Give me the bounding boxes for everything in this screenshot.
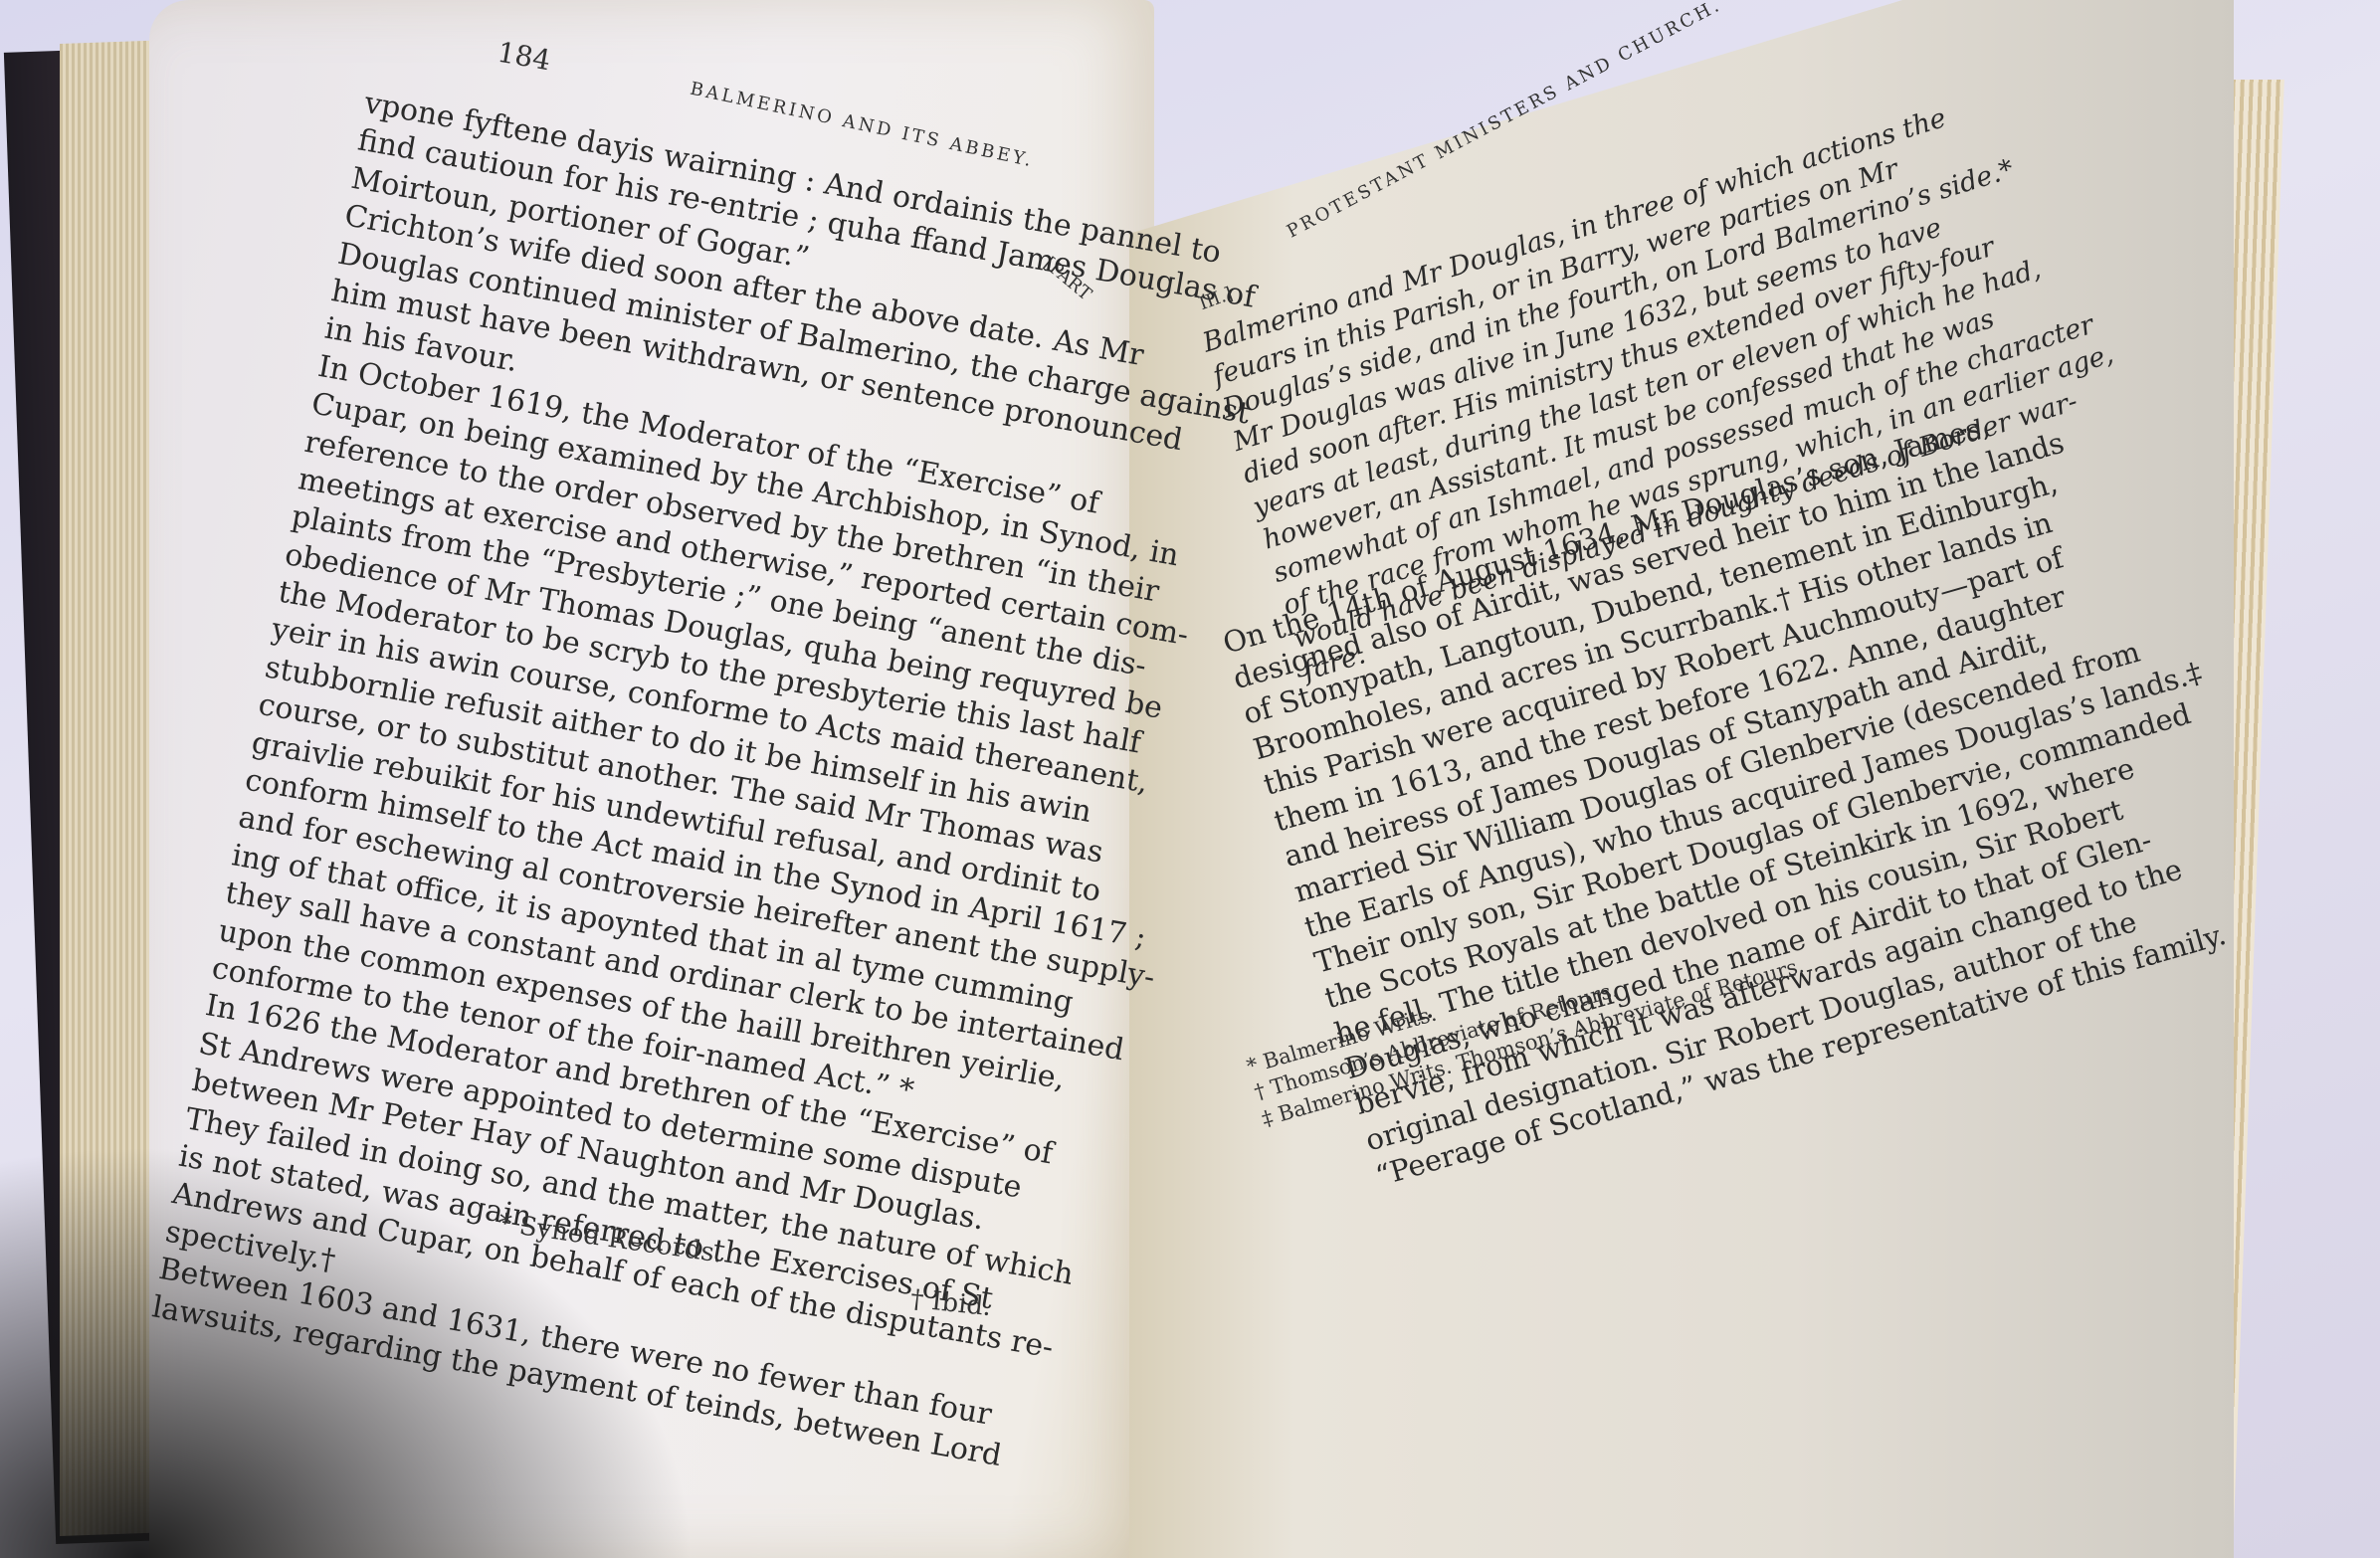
- shadow: [0, 1144, 696, 1558]
